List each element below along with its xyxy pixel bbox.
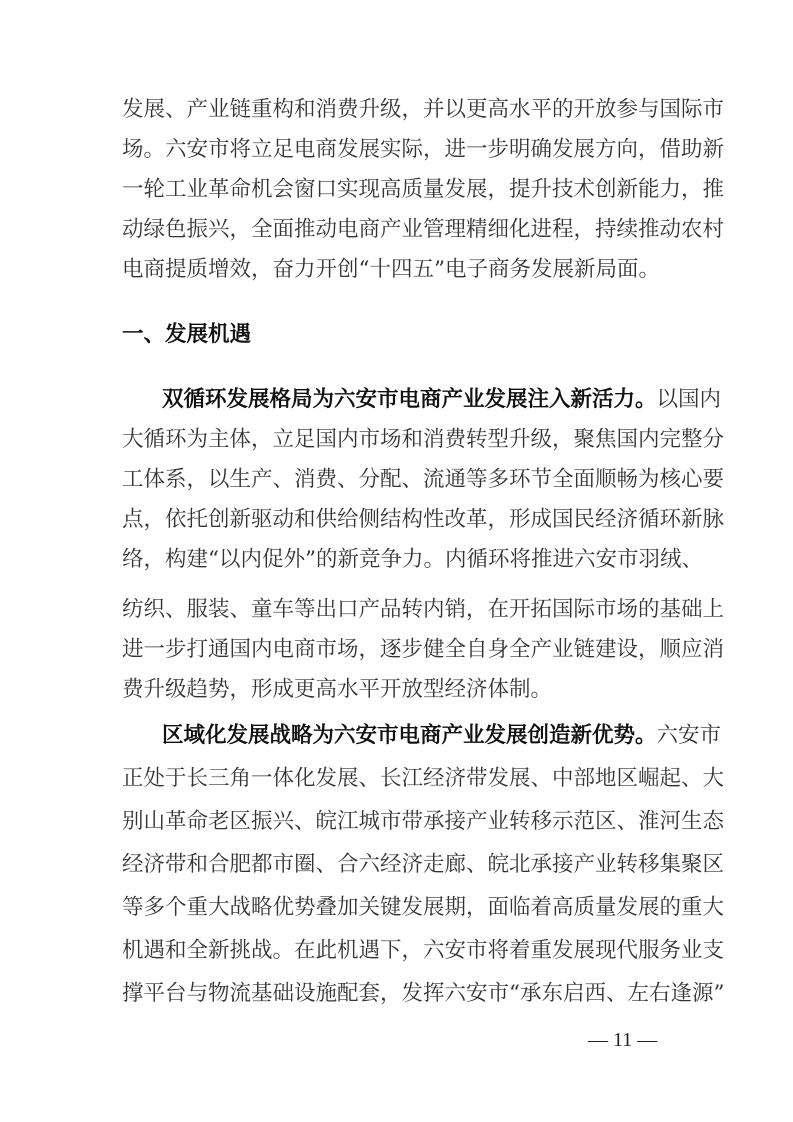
page-number: — 11 — [588,1026,657,1054]
paragraph-lead-rest: 以国内 [657,387,722,412]
paragraph-first-line: 区域化发展战略为六安市电商产业发展创造新优势。六安市 [162,722,674,750]
text-line: 经济带和合肥都市圈、合六经济走廊、皖北承接产业转移集聚区 [122,851,674,879]
text-line: 发展、产业链重构和消费升级，并以更高水平的开放参与国际市 [122,96,674,124]
text-line: 进一步打通国内电商市场，逐步健全自身全产业链建设，顺应消 [122,636,674,664]
text-line: 络，构建“以内促外”的新竞争力。内循环将推进六安市羽绒、 [122,546,674,574]
text-line: 等多个重大战略优势叠加关键发展期，面临着高质量发展的重大 [122,894,674,922]
text-line: 电商提质增效，奋力开创“十四五”电子商务发展新局面。 [122,256,674,284]
section-heading: 一、发展机遇 [122,321,251,349]
paragraph-first-line: 双循环发展格局为六安市电商产业发展注入新活力。以国内 [162,386,674,414]
text-line: 正处于长三角一体化发展、长江经济带发展、中部地区崛起、大 [122,765,674,793]
text-line: 点，依托创新驱动和供给侧结构性改革，形成国民经济循环新脉 [122,506,674,534]
paragraph-bold-lead: 双循环发展格局为六安市电商产业发展注入新活力。 [162,387,657,412]
paragraph-bold-lead: 区域化发展战略为六安市电商产业发展创造新优势。 [162,723,657,748]
text-line: 一轮工业革命机会窗口实现高质量发展，提升技术创新能力，推 [122,176,674,204]
text-line: 机遇和全新挑战。在此机遇下，六安市将着重发展现代服务业支 [122,937,674,965]
text-line: 场。六安市将立足电商发展实际，进一步明确发展方向，借助新 [122,136,674,164]
text-line: 工体系，以生产、消费、分配、流通等多环节全面顺畅为核心要 [122,466,674,494]
text-line: 大循环为主体，立足国内市场和消费转型升级，聚焦国内完整分 [122,426,674,454]
text-line: 动绿色振兴，全面推动电商产业管理精细化进程，持续推动农村 [122,216,674,244]
text-line: 撑平台与物流基础设施配套，发挥六安市“承东启西、左右逢源” [122,980,674,1008]
document-page: 发展、产业链重构和消费升级，并以更高水平的开放参与国际市 场。六安市将立足电商发… [0,0,793,1122]
text-line: 费升级趋势，形成更高水平开放型经济体制。 [122,676,674,704]
text-line: 别山革命老区振兴、皖江城市带承接产业转移示范区、淮河生态 [122,808,674,836]
text-line: 纺织、服装、童车等出口产品转内销，在开拓国际市场的基础上 [122,596,674,624]
paragraph-lead-rest: 六安市 [657,723,722,748]
